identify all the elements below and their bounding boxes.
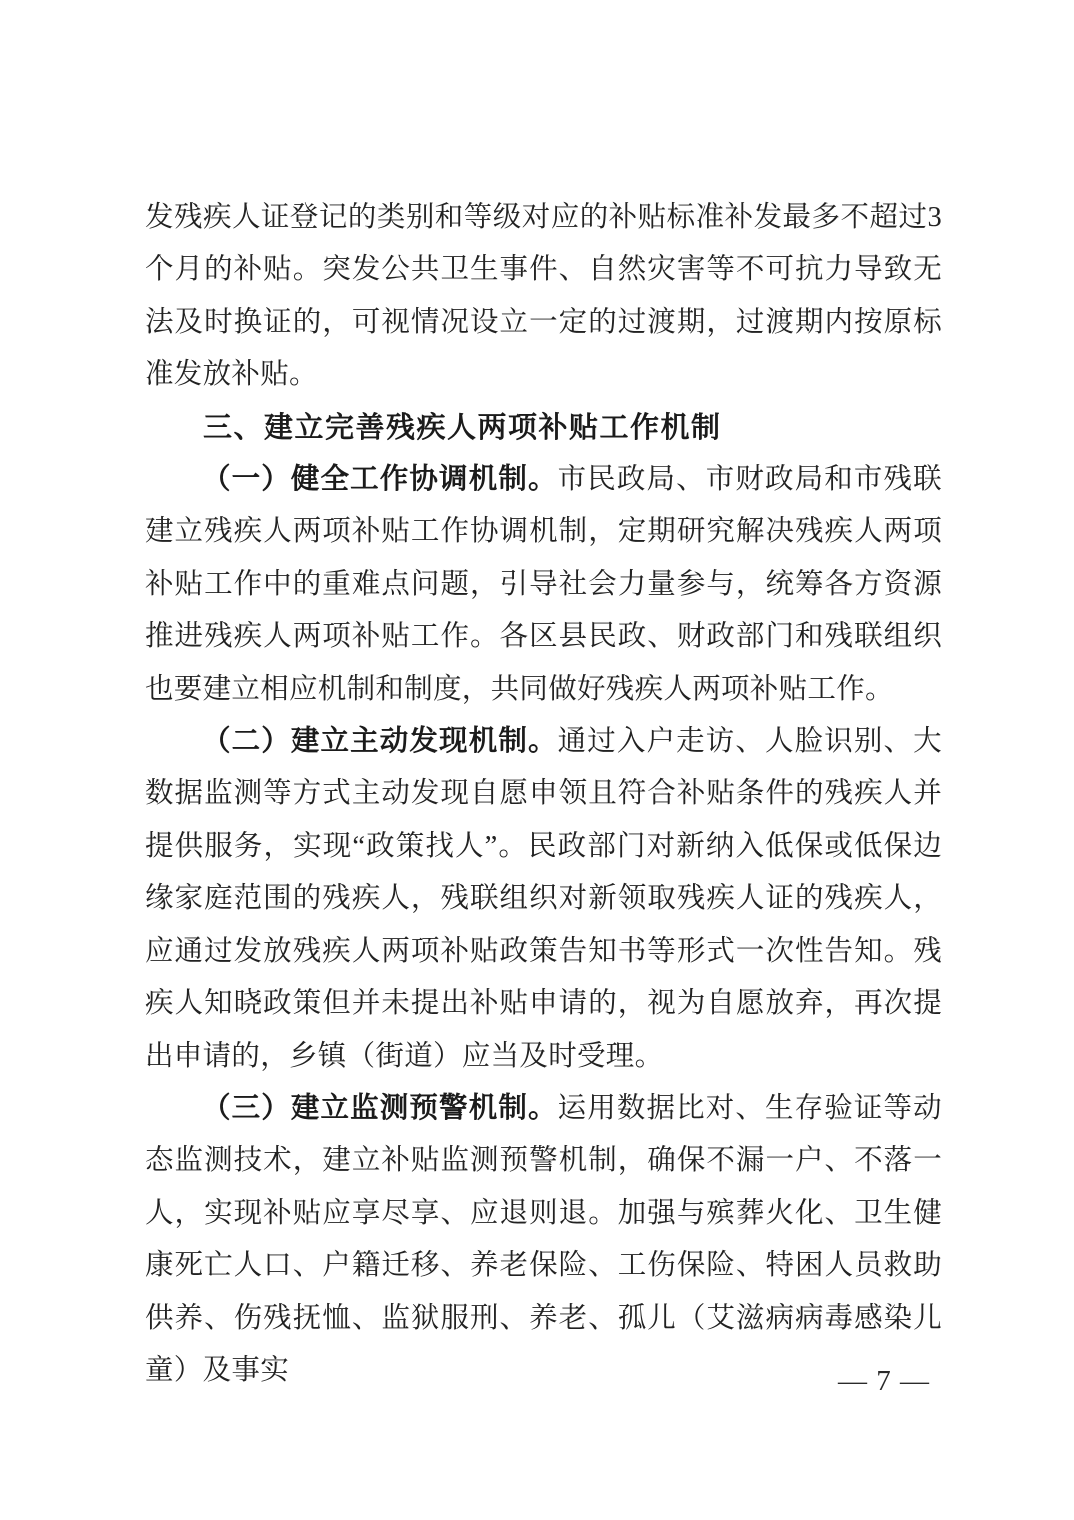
page-number: — 7 —	[838, 1364, 930, 1398]
paragraph-item-2: （二）建立主动发现机制。通过入户走访、人脸识别、大数据监测等方式主动发现自愿申领…	[145, 716, 942, 1083]
document-page: 发残疾人证登记的类别和等级对应的补贴标准补发最多不超过3个月的补贴。突发公共卫生…	[0, 0, 1074, 1520]
paragraph-item-1: （一）健全工作协调机制。市民政局、市财政局和市残联建立残疾人两项补贴工作协调机制…	[145, 454, 942, 716]
section-heading: 三、建立完善残疾人两项补贴工作机制	[145, 402, 942, 454]
item-1-label: （一）健全工作协调机制。	[202, 464, 558, 495]
item-3-label: （三）建立监测预警机制。	[202, 1093, 558, 1124]
paragraph-continuation: 发残疾人证登记的类别和等级对应的补贴标准补发最多不超过3个月的补贴。突发公共卫生…	[145, 192, 942, 402]
item-3-body: 运用数据比对、生存验证等动态监测技术，建立补贴监测预警机制，确保不漏一户、不落一…	[145, 1093, 942, 1386]
paragraph-item-3: （三）建立监测预警机制。运用数据比对、生存验证等动态监测技术，建立补贴监测预警机…	[145, 1083, 942, 1397]
document-body: 发残疾人证登记的类别和等级对应的补贴标准补发最多不超过3个月的补贴。突发公共卫生…	[145, 192, 942, 1397]
item-2-label: （二）建立主动发现机制。	[202, 726, 558, 757]
item-1-body: 市民政局、市财政局和市残联建立残疾人两项补贴工作协调机制，定期研究解决残疾人两项…	[145, 464, 942, 705]
item-2-body: 通过入户走访、人脸识别、大数据监测等方式主动发现自愿申领且符合补贴条件的残疾人并…	[145, 726, 942, 1071]
